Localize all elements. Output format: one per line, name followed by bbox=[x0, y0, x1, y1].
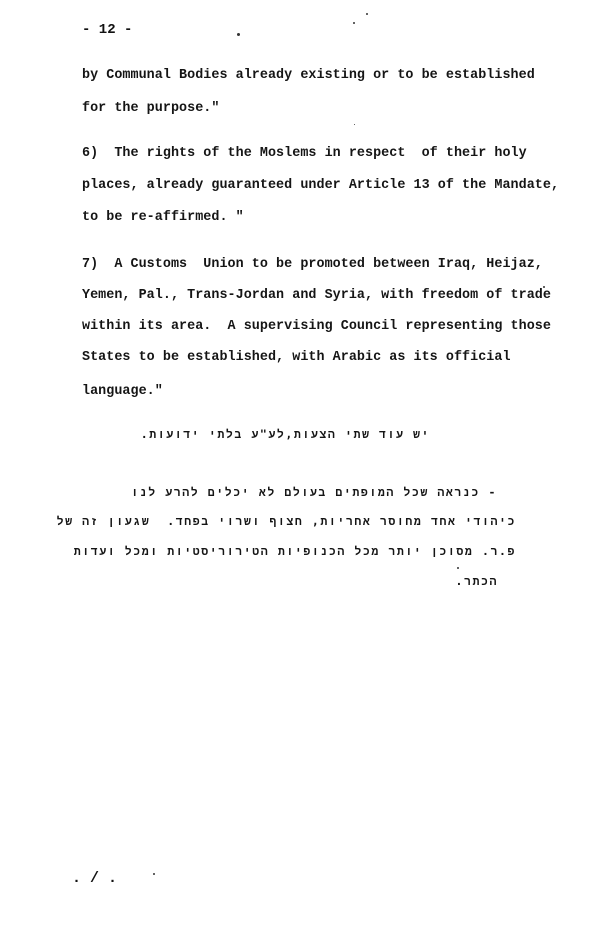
item-7-line-2: Yemen, Pal., Trans-Jordan and Syria, wit… bbox=[82, 287, 551, 305]
scan-speck bbox=[457, 567, 459, 569]
continuation-line-1: by Communal Bodies already existing or t… bbox=[82, 67, 535, 85]
item-6-line-3: to be re-affirmed. " bbox=[82, 209, 244, 227]
scan-speck bbox=[237, 33, 240, 36]
item-6-line-1: 6) The rights of the Moslems in respect … bbox=[82, 145, 527, 163]
item-6-line-2: places, already guaranteed under Article… bbox=[82, 177, 559, 195]
hebrew-paragraph-line-2: כיהודי אחד מחוסר אחריות, חצוף ושרוי בפחד… bbox=[57, 513, 516, 529]
hebrew-note: יש עוד שתי הצעות,לע"ע בלתי ידועות. bbox=[141, 426, 430, 442]
scan-speck bbox=[153, 873, 155, 875]
scan-speck bbox=[353, 22, 355, 24]
continuation-mark: . / . bbox=[72, 870, 117, 887]
continuation-line-2: for the purpose." bbox=[82, 100, 219, 118]
document-page: - 12 - by Communal Bodies already existi… bbox=[0, 0, 600, 930]
page-number: - 12 - bbox=[82, 22, 132, 38]
scan-speck bbox=[366, 13, 368, 15]
hebrew-paragraph-line-3: פ.ר. מסוכן יותר מכל הכנופיות הטירוריסטיו… bbox=[74, 543, 516, 559]
item-7-line-1: 7) A Customs Union to be promoted betwee… bbox=[82, 256, 543, 274]
hebrew-paragraph-line-1: - כנראה שכל המופתים בעולם לא יכלים להרע … bbox=[131, 484, 497, 500]
scan-speck bbox=[354, 124, 355, 125]
item-7-line-3: within its area. A supervising Council r… bbox=[82, 318, 551, 336]
item-7-line-4: States to be established, with Arabic as… bbox=[82, 349, 511, 367]
hebrew-paragraph-line-4: הכתר. bbox=[455, 573, 498, 589]
item-7-line-5: language." bbox=[82, 383, 163, 401]
scan-speck bbox=[543, 286, 545, 288]
